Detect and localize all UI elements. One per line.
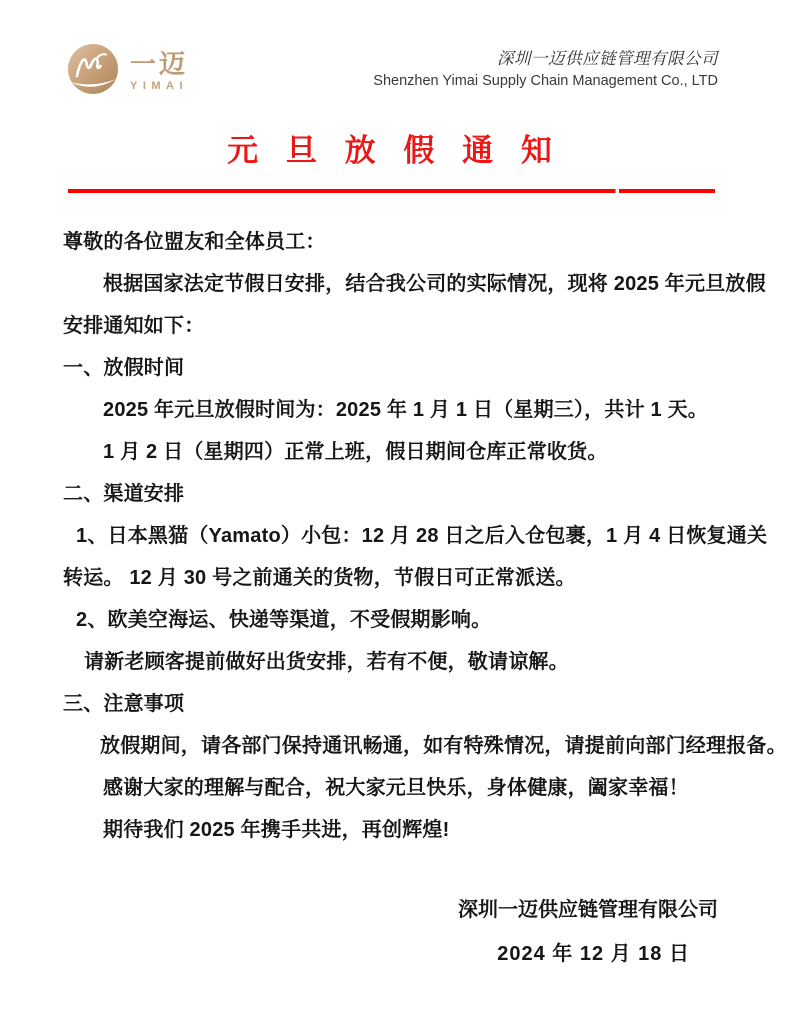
body-line: 2025 年元旦放假时间为：2025 年 1 月 1 日（星期三），共计 1 天… <box>63 389 721 431</box>
holiday-notice-document: 一迈 YIMAI 深圳一迈供应链管理有限公司 Shenzhen Yimai Su… <box>0 0 785 1016</box>
signature-date: 2024 年 12 月 18 日 <box>0 933 718 975</box>
body-line: 1 月 2 日（星期四）正常上班，假日期间仓库正常收货。 <box>63 431 721 473</box>
body-line: 1、日本黑猫（Yamato）小包：12 月 28 日之后入仓包裹，1 月 4 日… <box>63 515 721 557</box>
logo-wordmark: 一迈 YIMAI <box>130 50 188 92</box>
document-footer: 深圳一迈供应链管理有限公司 2024 年 12 月 18 日 <box>0 889 718 975</box>
salutation-line: 尊敬的各位盟友和全体员工： <box>63 221 721 263</box>
company-logo: 一迈 YIMAI <box>66 42 188 98</box>
logo-mark-icon <box>66 42 122 98</box>
title-divider-rule <box>68 189 715 193</box>
section-heading-2: 二、渠道安排 <box>63 473 721 515</box>
section-heading-3: 三、注意事项 <box>63 683 721 725</box>
section-heading-1: 一、放假时间 <box>63 347 721 389</box>
document-header: 一迈 YIMAI 深圳一迈供应链管理有限公司 Shenzhen Yimai Su… <box>0 0 785 98</box>
body-line: 放假期间，请各部门保持通讯畅通，如有特殊情况，请提前向部门经理报备。 <box>63 725 721 767</box>
signature-company: 深圳一迈供应链管理有限公司 <box>0 889 718 931</box>
body-line: 2、欧美空海运、快递等渠道，不受假期影响。 <box>63 599 721 641</box>
company-name-block: 深圳一迈供应链管理有限公司 Shenzhen Yimai Supply Chai… <box>373 48 718 93</box>
body-line: 根据国家法定节假日安排，结合我公司的实际情况，现将 2025 年元旦放假 <box>63 263 721 305</box>
document-body: 尊敬的各位盟友和全体员工： 根据国家法定节假日安排，结合我公司的实际情况，现将 … <box>63 221 721 851</box>
company-name-chinese: 深圳一迈供应链管理有限公司 <box>373 48 718 71</box>
company-name-english: Shenzhen Yimai Supply Chain Management C… <box>373 71 718 93</box>
body-line: 感谢大家的理解与配合，祝大家元旦快乐，身体健康，阖家幸福！ <box>63 767 721 809</box>
document-title: 元 旦 放 假 通 知 <box>0 132 785 169</box>
body-line: 请新老顾客提前做好出货安排，若有不便，敬请谅解。 <box>63 641 721 683</box>
body-line: 转运。 12 月 30 号之前通关的货物，节假日可正常派送。 <box>63 557 721 599</box>
logo-name-zh: 一迈 <box>130 50 188 79</box>
logo-name-en: YIMAI <box>130 80 188 92</box>
body-line: 安排通知如下： <box>63 305 721 347</box>
body-line: 期待我们 2025 年携手共进，再创辉煌! <box>63 809 721 851</box>
